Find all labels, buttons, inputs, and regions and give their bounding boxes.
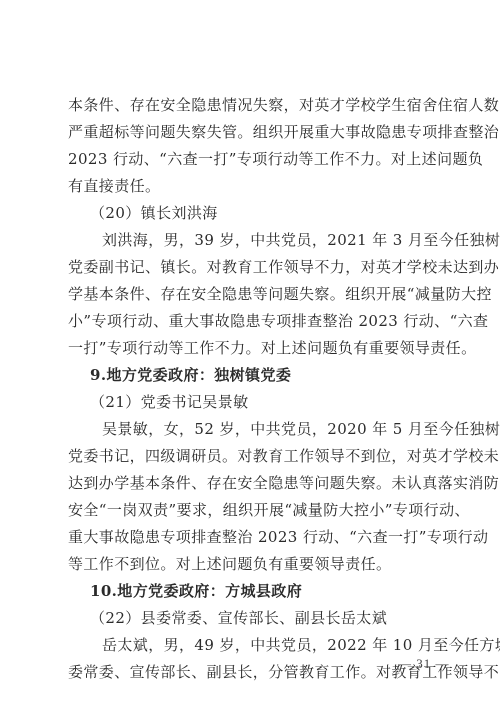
text-line: 2023 行动、“六查一打”专项行动等工作不力。对上述问题负 bbox=[68, 146, 436, 173]
text-line: 党委副书记、镇长。对教育工作领导不力，对英才学校未达到办 bbox=[68, 254, 436, 281]
paragraph-start: 刘洪海，男，39 岁，中共党员，2021 年 3 月至今任独树镇 bbox=[68, 227, 436, 254]
text-line: 本条件、存在安全隐患情况失察，对英才学校学生宿舍住宿人数 bbox=[68, 92, 436, 119]
subsection-title: （21）党委书记吴景敏 bbox=[68, 389, 436, 416]
text-line: 小”专项行动、重大事故隐患专项排查整治 2023 行动、“六查 bbox=[68, 308, 436, 335]
section-heading: 9.地方党委政府：独树镇党委 bbox=[68, 362, 436, 389]
section-heading: 10.地方党委政府：方城县政府 bbox=[68, 578, 436, 605]
text-line: 等工作不到位。对上述问题负有重要领导责任。 bbox=[68, 551, 436, 578]
text-line: 达到办学基本条件、存在安全隐患等问题失察。未认真落实消防 bbox=[68, 470, 436, 497]
page-number: — 31 — bbox=[398, 656, 450, 672]
document-page: 本条件、存在安全隐患情况失察，对英才学校学生宿舍住宿人数 严重超标等问题失察失管… bbox=[68, 92, 436, 686]
text-line: 有直接责任。 bbox=[68, 173, 436, 200]
paragraph-start: 岳太斌，男，49 岁，中共党员，2022 年 10 月至今任方城县 bbox=[68, 632, 436, 659]
text-line: 学基本条件、存在安全隐患等问题失察。组织开展“减量防大控 bbox=[68, 281, 436, 308]
subsection-title: （22）县委常委、宣传部长、副县长岳太斌 bbox=[68, 605, 436, 632]
text-line: 安全“一岗双责”要求，组织开展“减量防大控小”专项行动、 bbox=[68, 497, 436, 524]
text-line: 委常委、宣传部长、副县长，分管教育工作。对教育工作领导不 bbox=[68, 659, 436, 686]
paragraph-start: 吴景敏，女，52 岁，中共党员，2020 年 5 月至今任独树镇 bbox=[68, 416, 436, 443]
text-line: 重大事故隐患专项排查整治 2023 行动、“六查一打”专项行动 bbox=[68, 524, 436, 551]
text-line: 严重超标等问题失察失管。组织开展重大事故隐患专项排查整治 bbox=[68, 119, 436, 146]
text-line: 党委书记，四级调研员。对教育工作领导不到位，对英才学校未 bbox=[68, 443, 436, 470]
subsection-title: （20）镇长刘洪海 bbox=[68, 200, 436, 227]
text-line: 一打”专项行动等工作不力。对上述问题负有重要领导责任。 bbox=[68, 335, 436, 362]
